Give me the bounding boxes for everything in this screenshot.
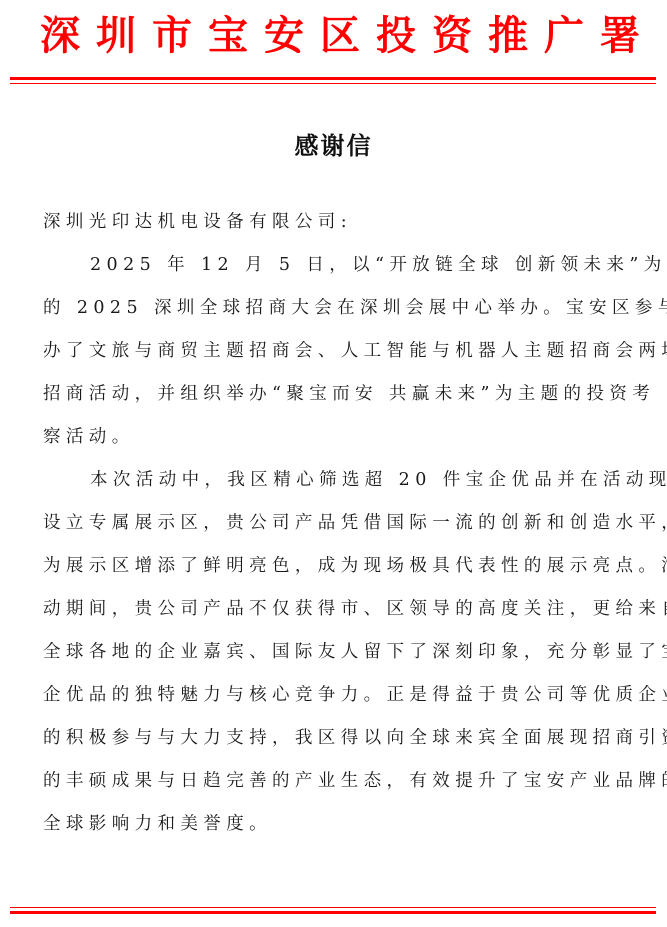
footer-rule-thick <box>10 911 656 914</box>
paragraph-line: 企优品的独特魅力与核心竞争力。正是得益于贵公司等优质企业 <box>43 678 643 721</box>
paragraph-line: 全球影响力和美誉度。 <box>43 807 643 850</box>
letterhead-rule-thin <box>10 83 656 84</box>
letterhead: 深 圳 市 宝 安 区 投 资 推 广 署 <box>0 12 667 62</box>
letterhead-char: 宝 <box>208 12 248 60</box>
paragraph-line: 的丰硕成果与日趋完善的产业生态，有效提升了宝安产业品牌的 <box>43 764 643 807</box>
letterhead-rule-thick <box>10 77 656 80</box>
letterhead-char: 推 <box>488 12 528 60</box>
letter-title: 感谢信 <box>0 130 667 162</box>
letterhead-char: 市 <box>152 12 192 60</box>
letterhead-char: 广 <box>544 12 584 60</box>
paragraph-line: 的积极参与与大力支持，我区得以向全球来宾全面展现招商引资 <box>43 721 643 764</box>
letterhead-char: 署 <box>600 12 640 60</box>
paragraph-line: 设立专属展示区，贵公司产品凭借国际一流的创新和创造水平， <box>43 506 643 549</box>
paragraph-line: 动期间，贵公司产品不仅获得市、区领导的高度关注，更给来自 <box>43 592 643 635</box>
paragraph-line: 招商活动，并组织举办“聚宝而安 共赢未来”为主题的投资考 <box>43 377 643 420</box>
letterhead-char: 投 <box>376 12 416 60</box>
paragraph-line: 办了文旅与商贸主题招商会、人工智能与机器人主题招商会两场 <box>43 334 643 377</box>
letterhead-char: 区 <box>320 12 360 60</box>
footer-rule-thin <box>10 907 656 908</box>
salutation: 深圳光印达机电设备有限公司: <box>43 205 643 248</box>
paragraph-line: 察活动。 <box>43 420 643 463</box>
paragraph-line: 全球各地的企业嘉宾、国际友人留下了深刻印象，充分彰显了宝 <box>43 635 643 678</box>
paragraph-2: 本次活动中，我区精心筛选超 20 件宝企优品并在活动现场 设立专属展示区，贵公司… <box>43 463 643 850</box>
letterhead-char: 深 <box>40 12 80 60</box>
letterhead-char: 安 <box>264 12 304 60</box>
paragraph-1: 2025 年 12 月 5 日，以“开放链全球 创新领未来”为主题 的 2025… <box>43 248 643 463</box>
paragraph-line: 本次活动中，我区精心筛选超 20 件宝企优品并在活动现场 <box>43 463 643 506</box>
letterhead-char: 资 <box>432 12 472 60</box>
paragraph-line: 2025 年 12 月 5 日，以“开放链全球 创新领未来”为主题 <box>43 248 643 291</box>
letter-body: 深圳光印达机电设备有限公司: 2025 年 12 月 5 日，以“开放链全球 创… <box>43 205 643 850</box>
letterhead-org-name: 深 圳 市 宝 安 区 投 资 推 广 署 <box>40 12 640 60</box>
paragraph-line: 为展示区增添了鲜明亮色，成为现场极具代表性的展示亮点。活 <box>43 549 643 592</box>
letterhead-char: 圳 <box>96 12 136 60</box>
paragraph-line: 的 2025 深圳全球招商大会在深圳会展中心举办。宝安区参与主 <box>43 291 643 334</box>
